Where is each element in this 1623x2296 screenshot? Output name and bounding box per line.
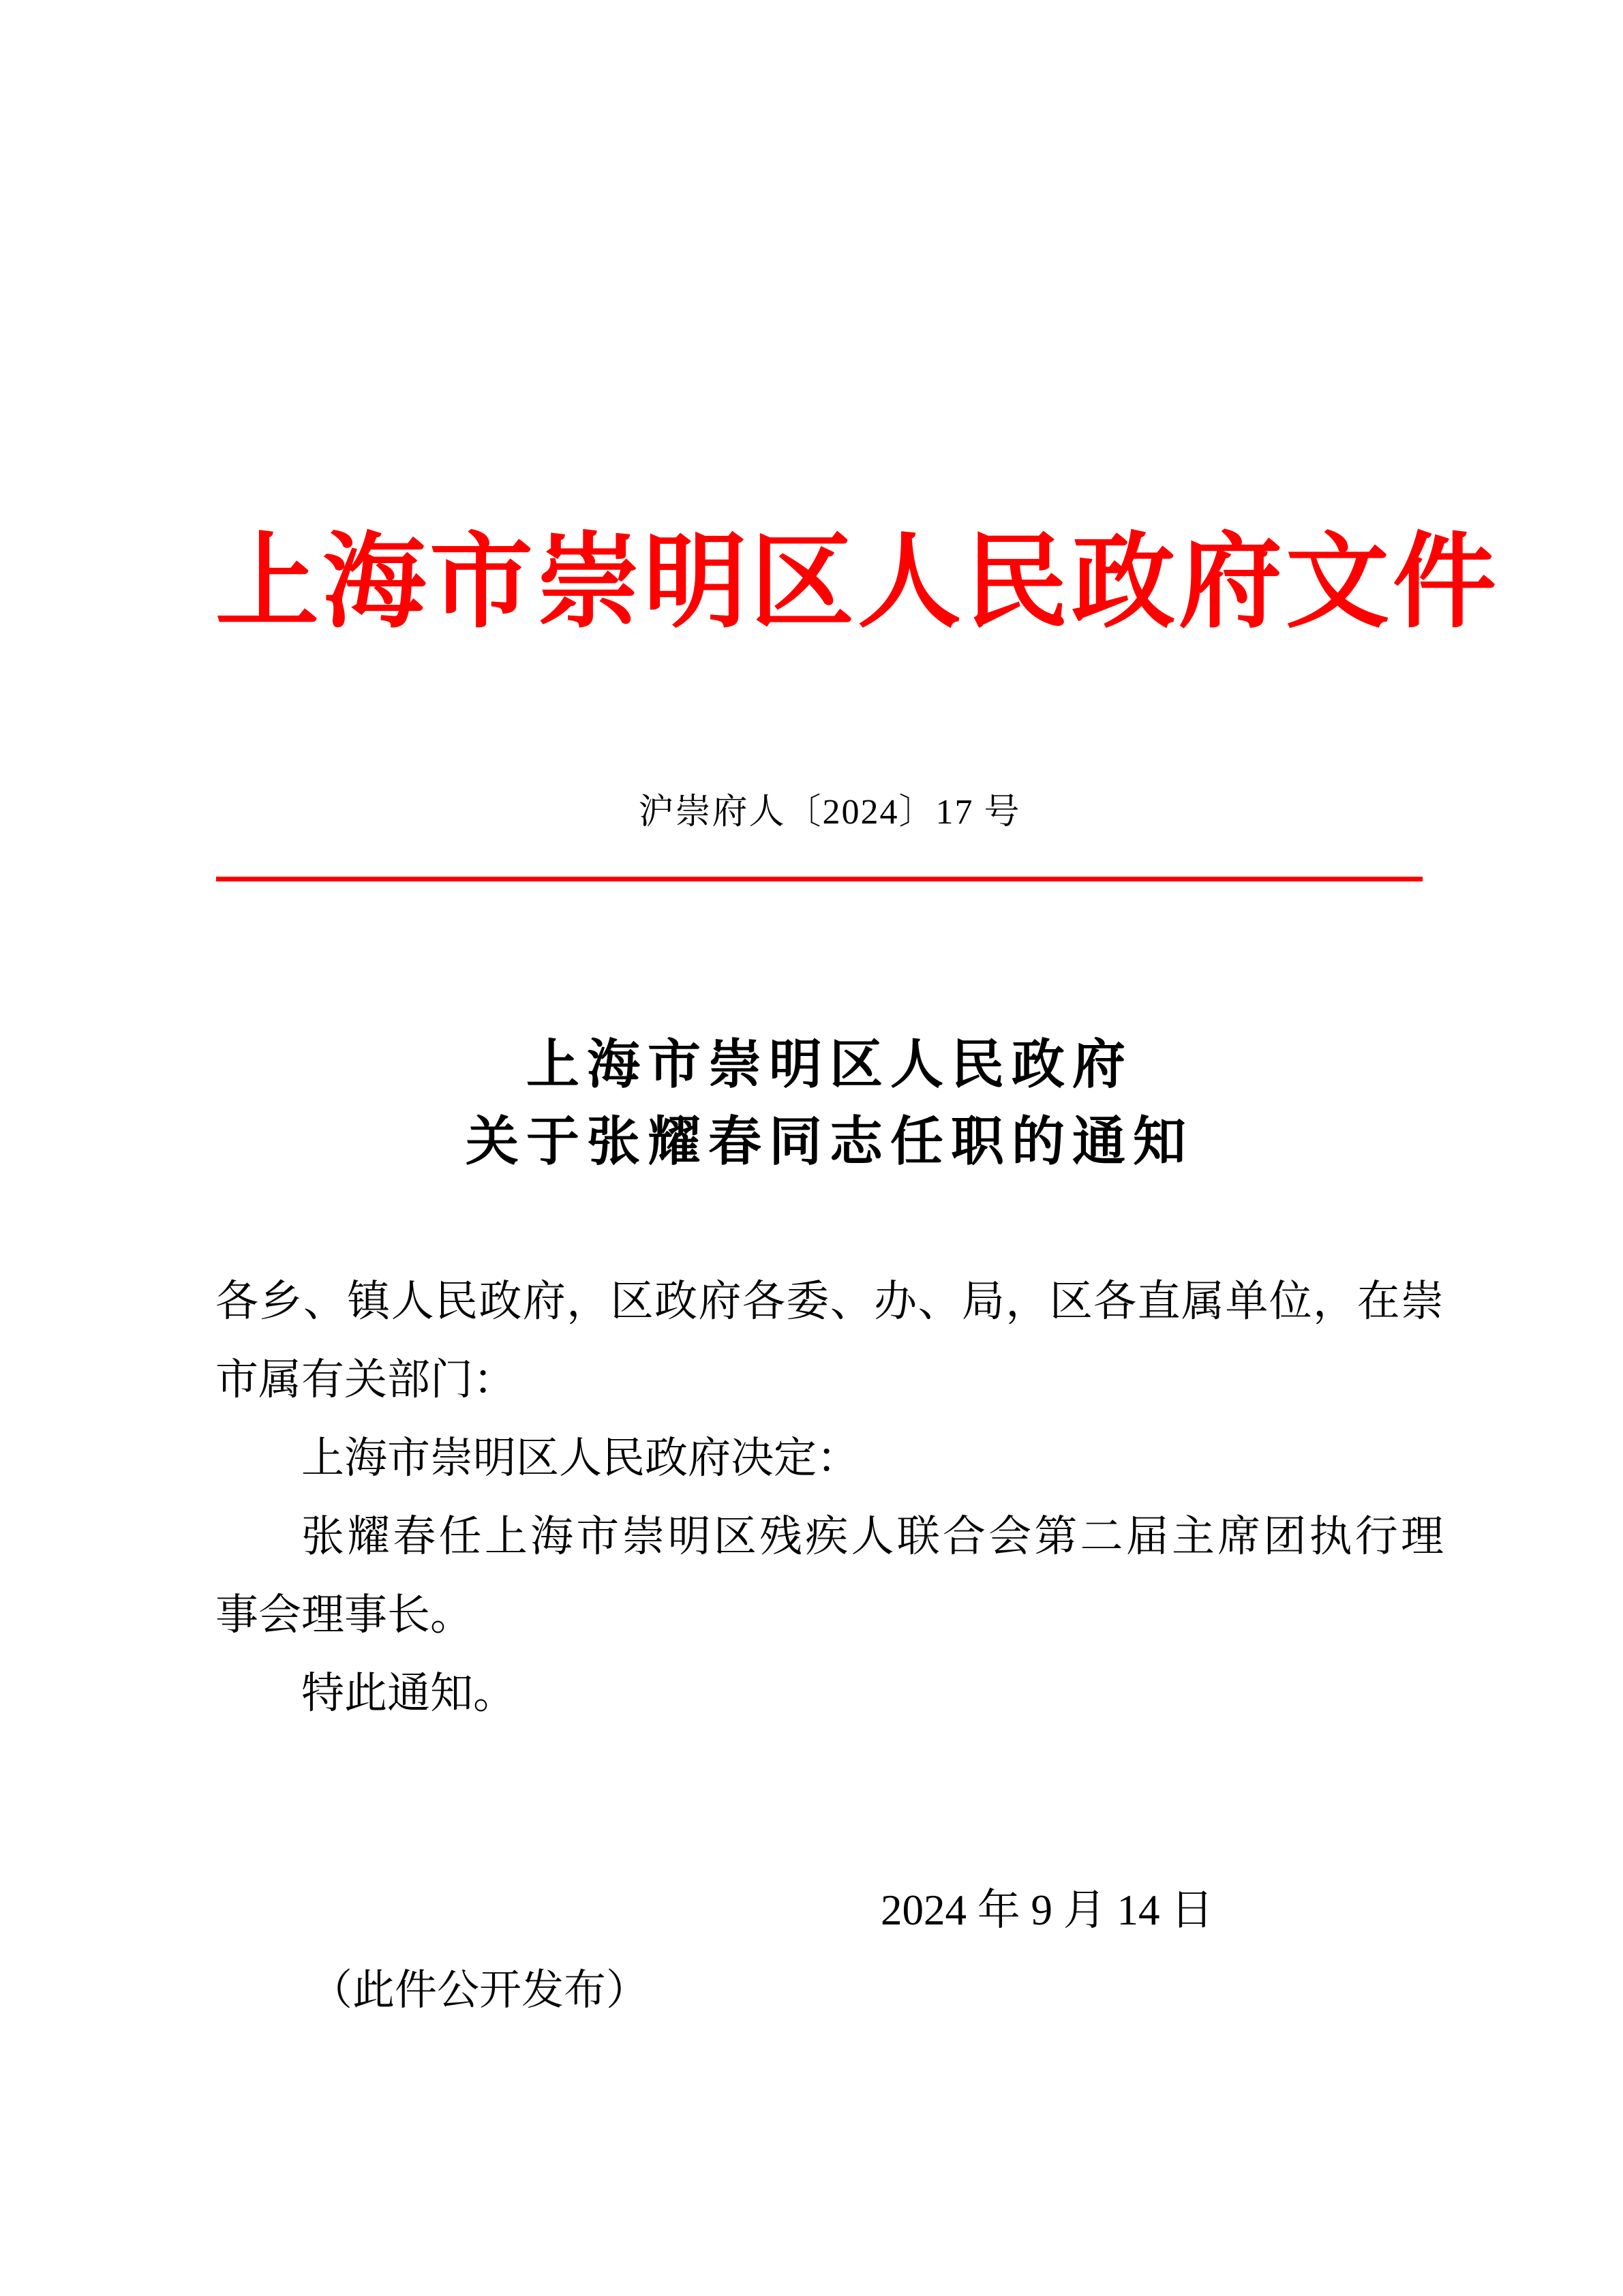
recipients-line-2: 市属有关部门： [215, 1341, 1444, 1419]
document-page: 上海市崇明区人民政府文件 沪崇府人〔2024〕17 号 上海市崇明区人民政府 关… [0, 0, 1623, 2296]
doc-reference-number: 沪崇府人〔2024〕17 号 [215, 791, 1444, 834]
red-divider-line [216, 877, 1423, 881]
closing-notice-line: 特此通知。 [215, 1655, 1444, 1733]
doc-title-line-2: 关于张耀春同志任职的通知 [215, 1103, 1444, 1180]
red-letterhead-title: 上海市崇明区人民政府文件 [215, 525, 1444, 641]
public-release-note: （此件公开发布） [310, 1963, 648, 2018]
body-text: 各乡、镇人民政府，区政府各委、办、局，区各直属单位，在崇 市属有关部门： 上海市… [215, 1263, 1444, 1733]
issue-date: 2024 年 9 月 14 日 [881, 1883, 1213, 1937]
appointment-line-1: 张耀春任上海市崇明区残疾人联合会第二届主席团执行理 [215, 1498, 1444, 1576]
doc-title-line-1: 上海市崇明区人民政府 [215, 1026, 1444, 1103]
appointment-line-2: 事会理事长。 [215, 1576, 1444, 1655]
recipients-line-1: 各乡、镇人民政府，区政府各委、办、局，区各直属单位，在崇 [215, 1263, 1444, 1341]
decision-line: 上海市崇明区人民政府决定： [215, 1419, 1444, 1498]
doc-title: 上海市崇明区人民政府 关于张耀春同志任职的通知 [215, 1026, 1444, 1180]
